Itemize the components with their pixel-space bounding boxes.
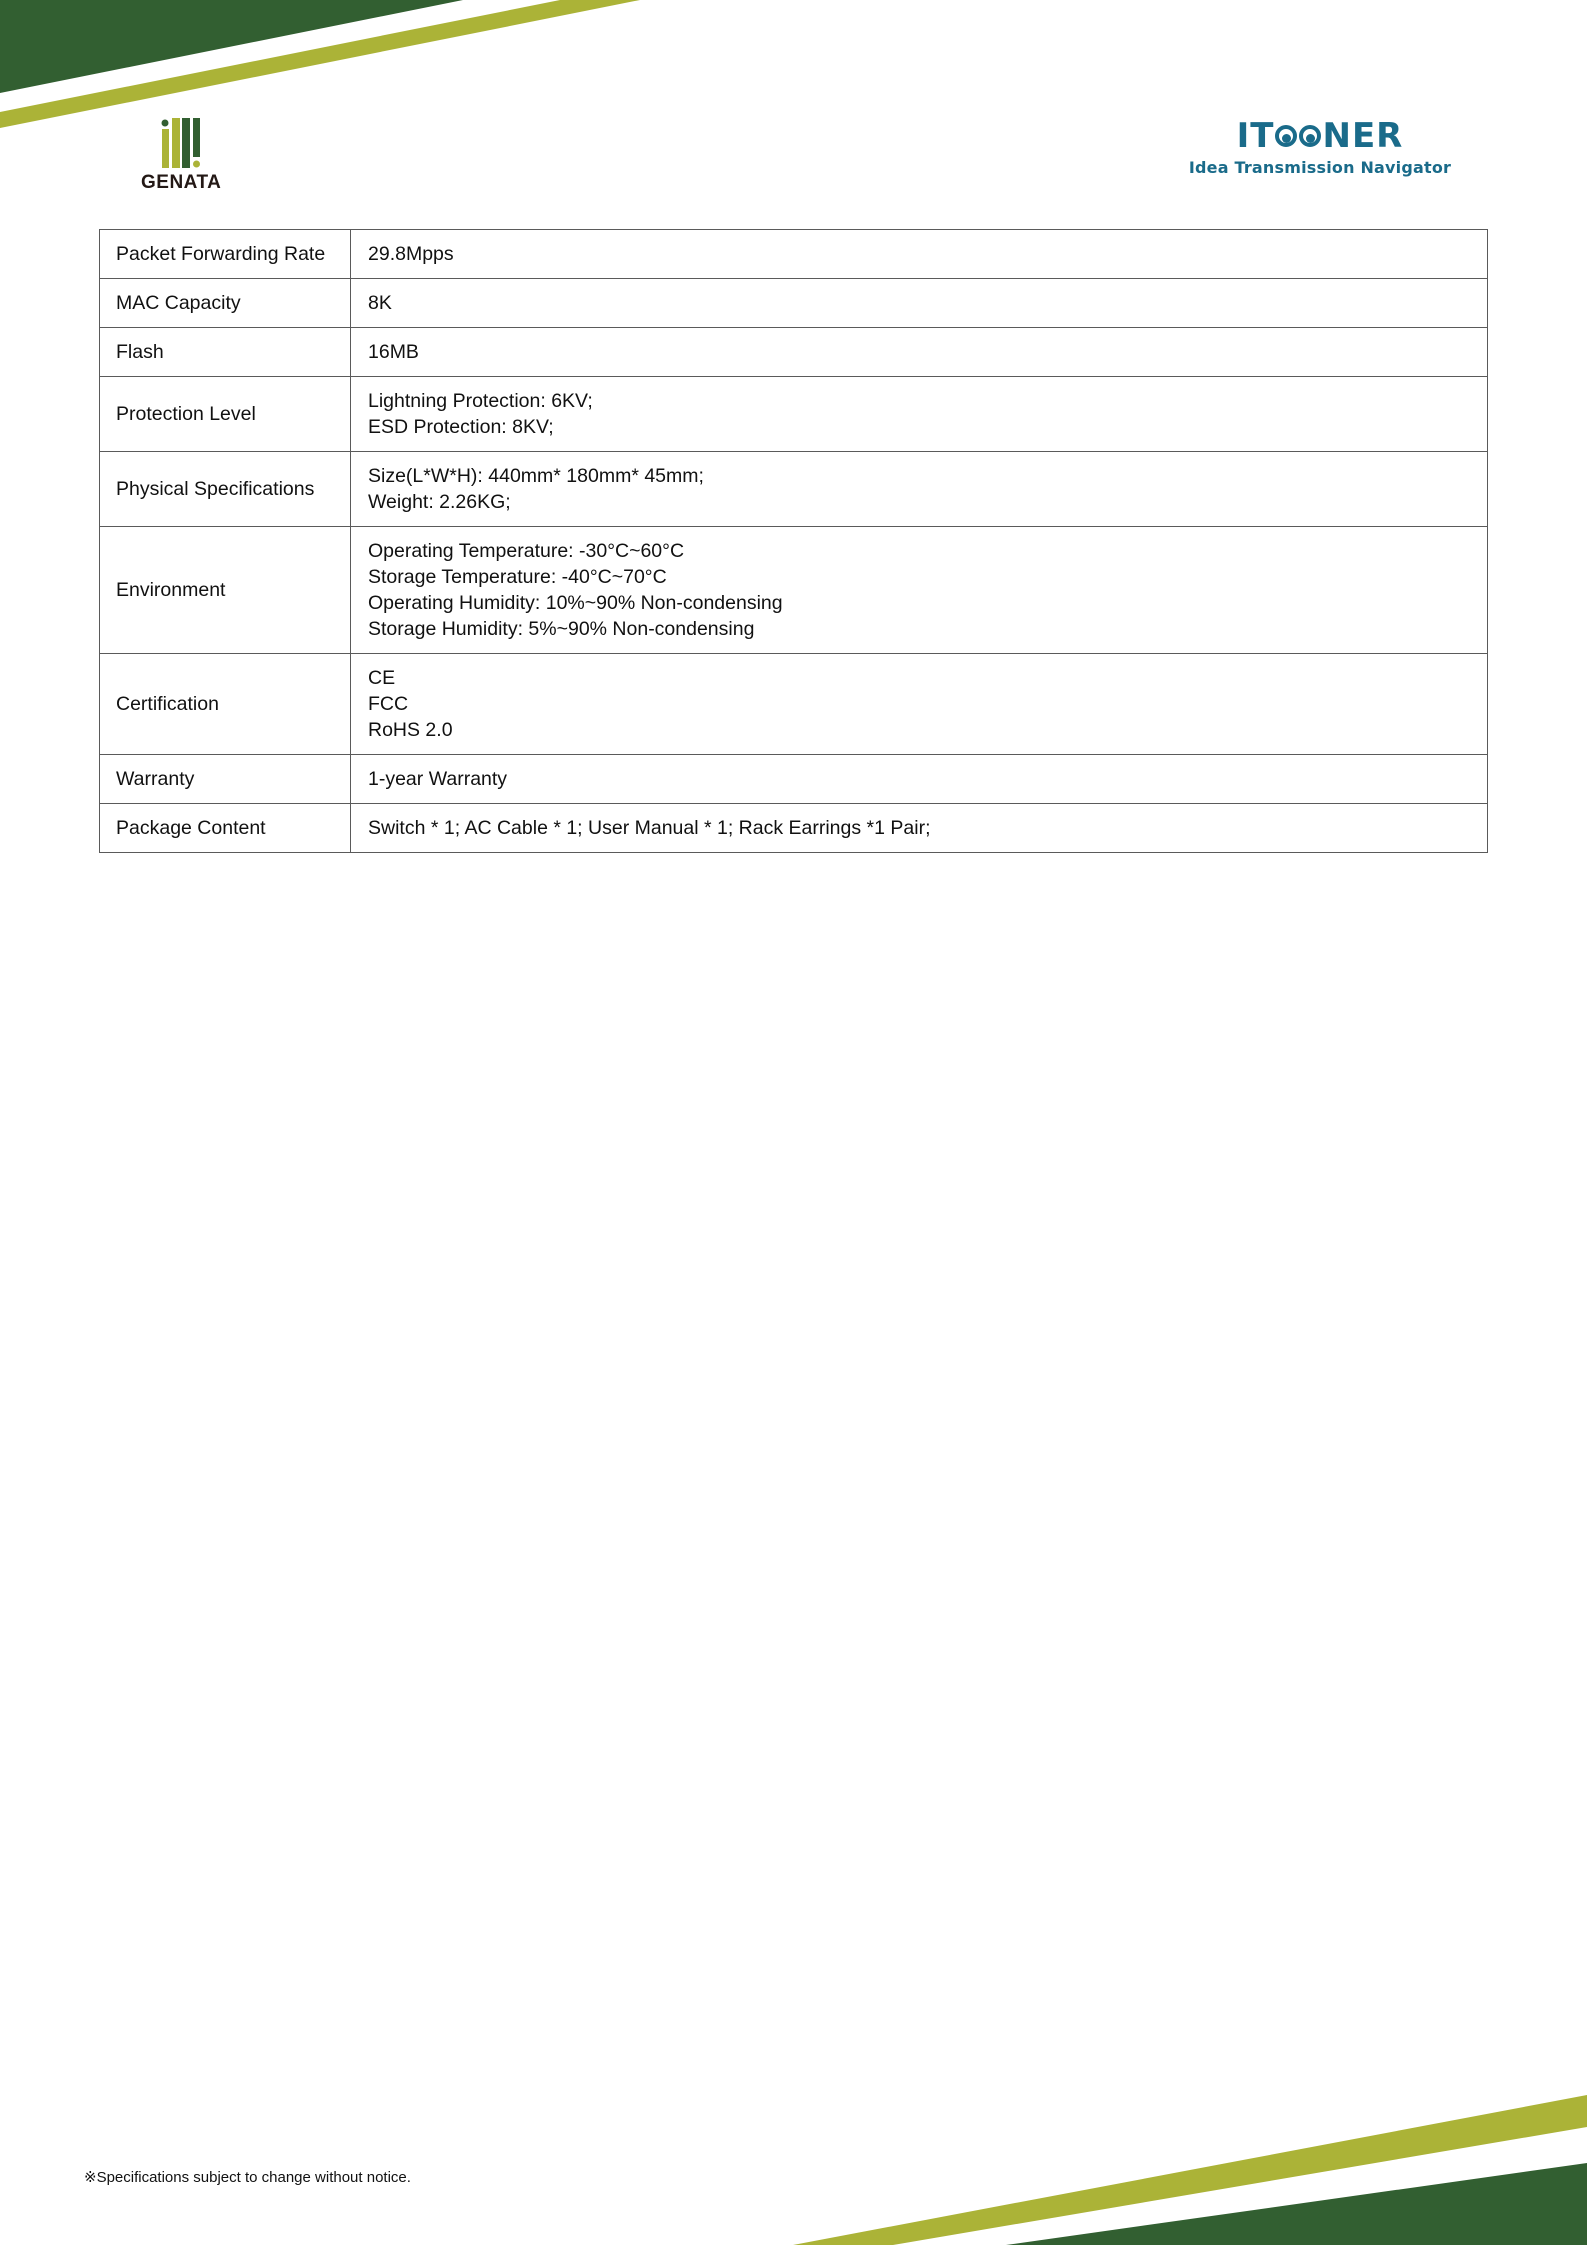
spec-value: Switch * 1; AC Cable * 1; User Manual * … xyxy=(351,804,1488,853)
spec-value-line: Switch * 1; AC Cable * 1; User Manual * … xyxy=(368,815,1472,841)
genata-logo: GENATA xyxy=(138,116,238,200)
top-light-green-stripe xyxy=(0,0,640,128)
spec-value-line: RoHS 2.0 xyxy=(368,717,1472,743)
spec-value: 8K xyxy=(351,279,1488,328)
eye-icon xyxy=(1299,125,1321,147)
table-row: Warranty1-year Warranty xyxy=(100,755,1488,804)
table-row: Packet Forwarding Rate29.8Mpps xyxy=(100,230,1488,279)
spec-value-line: 29.8Mpps xyxy=(368,241,1472,267)
table-row: CertificationCEFCCRoHS 2.0 xyxy=(100,654,1488,755)
spec-value: 29.8Mpps xyxy=(351,230,1488,279)
spec-value-line: ESD Protection: 8KV; xyxy=(368,414,1472,440)
table-row: Physical SpecificationsSize(L*W*H): 440m… xyxy=(100,452,1488,527)
table-row: EnvironmentOperating Temperature: -30°C~… xyxy=(100,527,1488,654)
specification-table: Packet Forwarding Rate29.8MppsMAC Capaci… xyxy=(99,229,1488,853)
spec-value-line: Storage Temperature: -40°C~70°C xyxy=(368,564,1472,590)
table-row: Flash16MB xyxy=(100,328,1488,377)
spec-label: Package Content xyxy=(100,804,351,853)
spec-label: MAC Capacity xyxy=(100,279,351,328)
table-row: Package ContentSwitch * 1; AC Cable * 1;… xyxy=(100,804,1488,853)
spec-value-line: Weight: 2.26KG; xyxy=(368,489,1472,515)
spec-value: Operating Temperature: -30°C~60°CStorage… xyxy=(351,527,1488,654)
spec-value-line: Size(L*W*H): 440mm* 180mm* 45mm; xyxy=(368,463,1472,489)
spec-value-line: Lightning Protection: 6KV; xyxy=(368,388,1472,414)
table-row: MAC Capacity8K xyxy=(100,279,1488,328)
bottom-light-green-stripe xyxy=(793,2095,1587,2245)
brand-prefix: IT xyxy=(1237,116,1275,156)
itooner-tagline: Idea Transmission Navigator xyxy=(1180,158,1460,177)
specification-table-body: Packet Forwarding Rate29.8MppsMAC Capaci… xyxy=(100,230,1488,853)
spec-value-line: Operating Humidity: 10%~90% Non-condensi… xyxy=(368,590,1472,616)
spec-value: CEFCCRoHS 2.0 xyxy=(351,654,1488,755)
spec-value-line: FCC xyxy=(368,691,1472,717)
spec-value-line: 1-year Warranty xyxy=(368,766,1472,792)
spec-value: 16MB xyxy=(351,328,1488,377)
spec-label: Packet Forwarding Rate xyxy=(100,230,351,279)
spec-label: Protection Level xyxy=(100,377,351,452)
disclaimer-note: ※Specifications subject to change withou… xyxy=(84,2168,411,2186)
spec-value-line: 16MB xyxy=(368,339,1472,365)
brand-suffix: NER xyxy=(1322,116,1403,156)
spec-value-line: Operating Temperature: -30°C~60°C xyxy=(368,538,1472,564)
spec-value: Size(L*W*H): 440mm* 180mm* 45mm;Weight: … xyxy=(351,452,1488,527)
spec-value-line: Storage Humidity: 5%~90% Non-condensing xyxy=(368,616,1472,642)
itooner-logo: IT NER Idea Transmission Navigator xyxy=(1180,116,1460,196)
spec-label: Certification xyxy=(100,654,351,755)
genata-bars-icon xyxy=(138,116,238,172)
itooner-wordmark: IT NER xyxy=(1237,116,1404,156)
table-row: Protection LevelLightning Protection: 6K… xyxy=(100,377,1488,452)
spec-value-line: 8K xyxy=(368,290,1472,316)
spec-label: Warranty xyxy=(100,755,351,804)
top-dark-green-band xyxy=(0,0,463,93)
spec-label: Environment xyxy=(100,527,351,654)
spec-value: 1-year Warranty xyxy=(351,755,1488,804)
spec-value-line: CE xyxy=(368,665,1472,691)
spec-label: Physical Specifications xyxy=(100,452,351,527)
bottom-dark-green-band xyxy=(1006,2163,1587,2245)
spec-label: Flash xyxy=(100,328,351,377)
genata-wordmark: GENATA xyxy=(141,172,221,194)
spec-value: Lightning Protection: 6KV;ESD Protection… xyxy=(351,377,1488,452)
eye-icon xyxy=(1275,125,1297,147)
